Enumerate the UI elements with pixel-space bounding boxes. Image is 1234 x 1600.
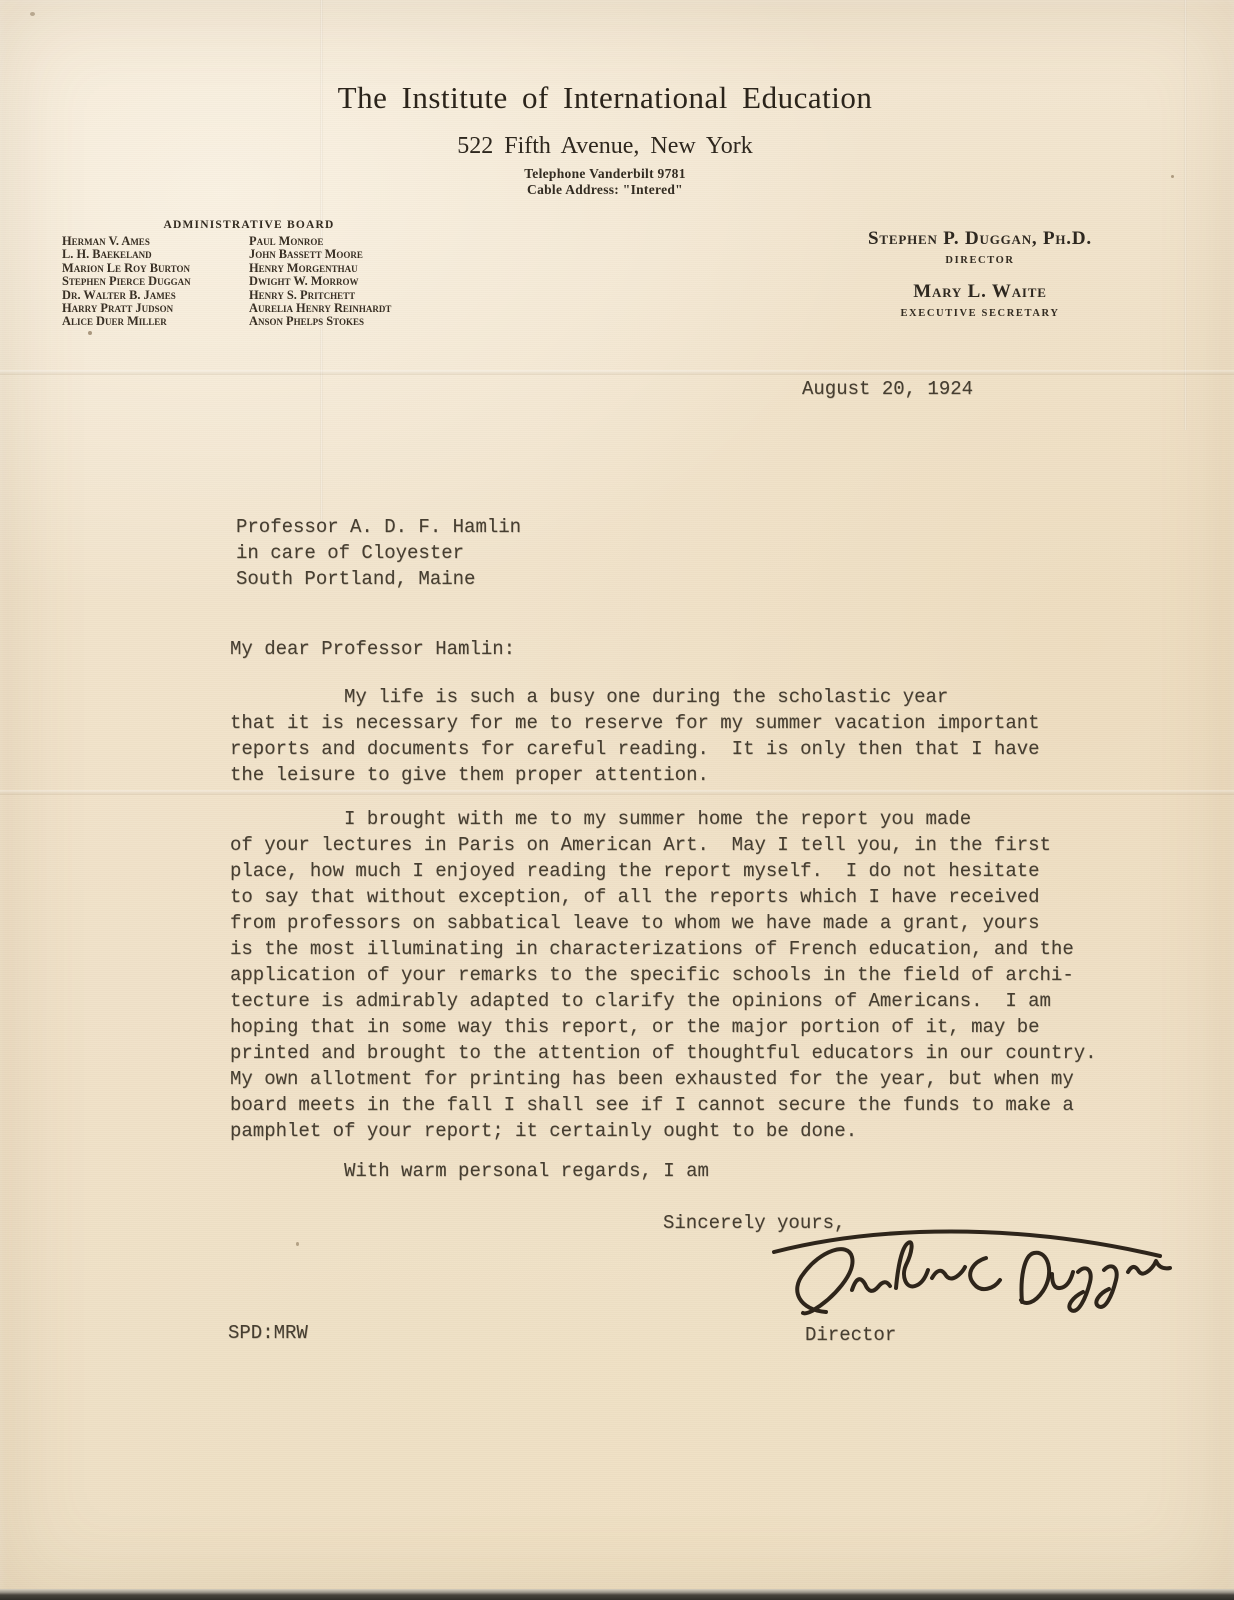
recipient-address: Professor A. D. F. Hamlin in care of Clo…	[236, 514, 521, 592]
board-member: L. H. Baekeland	[62, 248, 249, 261]
officer-title: DIRECTOR	[840, 255, 1120, 266]
body-paragraph-1: My life is such a busy one during the sc…	[230, 684, 1150, 788]
board-member: Stephen Pierce Duggan	[62, 275, 249, 288]
foxing-speck	[30, 12, 35, 16]
foxing-speck	[88, 331, 92, 335]
officers-block: Stephen P. Duggan, Ph.D. DIRECTOR Mary L…	[840, 228, 1120, 319]
board-member: John Bassett Moore	[249, 248, 436, 261]
foxing-speck	[296, 1242, 299, 1246]
administrative-board: Administrative Board Herman V. Ames L. H…	[62, 219, 436, 329]
board-member: Aurelia Henry Reinhardt	[249, 302, 436, 315]
board-member: Dwight W. Morrow	[249, 275, 436, 288]
board-member: Herman V. Ames	[62, 235, 249, 248]
fold-crease-vertical-right	[1184, 0, 1187, 430]
typist-reference: SPD:MRW	[228, 1320, 308, 1346]
org-telephone: Telephone Vanderbilt 9781	[0, 166, 1210, 182]
board-member: Dr. Walter B. James	[62, 289, 249, 302]
letter-date: August 20, 1924	[802, 376, 973, 402]
board-title: Administrative Board	[62, 219, 436, 231]
officer-title: EXECUTIVE SECRETARY	[840, 308, 1120, 319]
board-member: Alice Duer Miller	[62, 315, 249, 328]
handwritten-signature	[760, 1212, 1172, 1324]
officer-name: Mary L. Waite	[840, 281, 1120, 303]
fold-crease-horizontal-middle	[0, 790, 1234, 795]
board-column-right: Paul Monroe John Bassett Moore Henry Mor…	[249, 235, 436, 329]
closing-line: With warm personal regards, I am	[230, 1158, 709, 1184]
scan-bottom-edge	[0, 1589, 1234, 1600]
salutation: My dear Professor Hamlin:	[230, 636, 515, 662]
board-member: Harry Pratt Judson	[62, 302, 249, 315]
body-paragraph-2: I brought with me to my summer home the …	[230, 806, 1160, 1144]
board-member: Paul Monroe	[249, 235, 436, 248]
officer-name: Stephen P. Duggan, Ph.D.	[840, 228, 1120, 250]
board-columns: Herman V. Ames L. H. Baekeland Marion Le…	[62, 235, 436, 329]
fold-crease-horizontal-upper	[0, 370, 1234, 375]
org-cable: Cable Address: "Intered"	[0, 182, 1210, 198]
org-address: 522 Fifth Avenue, New York	[0, 133, 1210, 160]
signer-title: Director	[805, 1322, 896, 1348]
board-member: Marion Le Roy Burton	[62, 262, 249, 275]
board-member: Anson Phelps Stokes	[249, 315, 436, 328]
org-name: The Institute of International Education	[0, 80, 1210, 116]
letter-page: The Institute of International Education…	[0, 0, 1234, 1600]
board-member: Henry Morgenthau	[249, 262, 436, 275]
board-column-left: Herman V. Ames L. H. Baekeland Marion Le…	[62, 235, 249, 329]
board-member: Henry S. Pritchett	[249, 289, 436, 302]
